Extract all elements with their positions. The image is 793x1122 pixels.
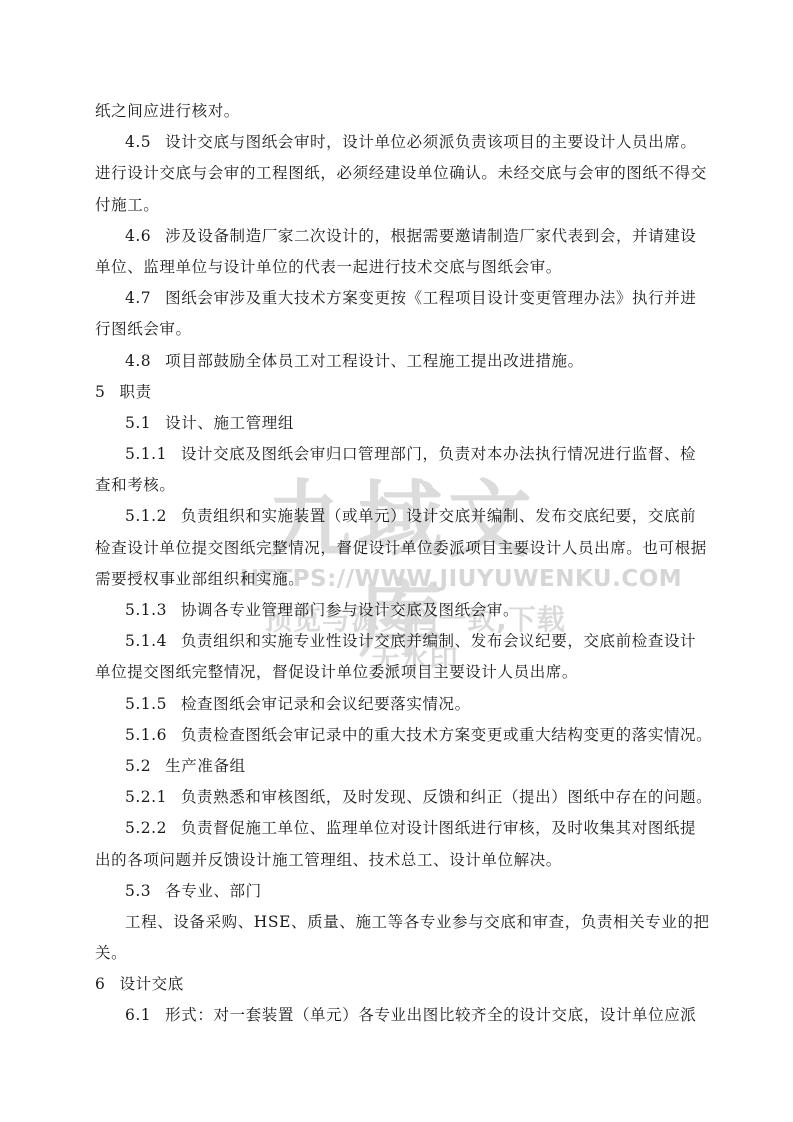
text-line: 进行设计交底与会审的工程图纸，必须经建设单位确认。未经交底与会审的图纸不得交 <box>95 158 701 189</box>
text-line: 查和考核。 <box>95 470 701 501</box>
clause-5-2-2: 5.2.2负责督促施工单位、监理单位对设计图纸进行审核，及时收集其对图纸提 <box>95 813 701 844</box>
clause-5-1-1: 5.1.1设计交底及图纸会审归口管理部门，负责对本办法执行情况进行监督、检 <box>95 439 701 470</box>
text-line: 行图纸会审。 <box>95 314 701 345</box>
clause-5-1-5: 5.1.5检查图纸会审记录和会议纪要落实情况。 <box>95 689 701 720</box>
clause-5-3: 5.3各专业、部门 <box>95 876 701 907</box>
clause-5-1-3: 5.1.3协调各专业管理部门参与设计交底及图纸会审。 <box>95 595 701 626</box>
text-line: 单位、监理单位与设计单位的代表一起进行技术交底与图纸会审。 <box>95 252 701 283</box>
text-line: 纸之间应进行核对。 <box>95 96 701 127</box>
clause-4-6: 4.6涉及设备制造厂家二次设计的，根据需要邀请制造厂家代表到会，并请建设 <box>95 221 701 252</box>
clause-5-2: 5.2生产准备组 <box>95 751 701 782</box>
clause-5-1-4: 5.1.4负责组织和实施专业性设计交底并编制、发布会议纪要，交底前检查设计 <box>95 626 701 657</box>
text-line: 需要授权事业部组织和实施。 <box>95 564 701 595</box>
clause-6-1: 6.1形式：对一套装置（单元）各专业出图比较齐全的设计交底，设计单位应派 <box>95 1000 701 1031</box>
text-line: 出的各项问题并反馈设计施工管理组、技术总工、设计单位解决。 <box>95 845 701 876</box>
clause-4-7: 4.7图纸会审涉及重大技术方案变更按《工程项目设计变更管理办法》执行并进 <box>95 283 701 314</box>
clause-5-1-6: 5.1.6负责检查图纸会审记录中的重大技术方案变更或重大结构变更的落实情况。 <box>95 720 701 751</box>
text-line: 检查设计单位提交图纸完整情况，督促设计单位委派项目主要设计人员出席。也可根据 <box>95 533 701 564</box>
section-heading-5: 5职责 <box>95 377 701 408</box>
text-line: 付施工。 <box>95 190 701 221</box>
text-line: 单位提交图纸完整情况，督促设计单位委派项目主要设计人员出席。 <box>95 657 701 688</box>
paragraph: 工程、设备采购、HSE、质量、施工等各专业参与交底和审查，负责相关专业的把 <box>95 907 701 938</box>
clause-5-2-1: 5.2.1负责熟悉和审核图纸，及时发现、反馈和纠正（提出）图纸中存在的问题。 <box>95 782 701 813</box>
clause-5-1-2: 5.1.2负责组织和实施装置（或单元）设计交底并编制、发布交底纪要，交底前 <box>95 501 701 532</box>
text-line: 关。 <box>95 938 701 969</box>
clause-4-8: 4.8项目部鼓励全体员工对工程设计、工程施工提出改进措施。 <box>95 346 701 377</box>
clause-5-1: 5.1设计、施工管理组 <box>95 408 701 439</box>
clause-4-5: 4.5设计交底与图纸会审时，设计单位必须派负责该项目的主要设计人员出席。 <box>95 127 701 158</box>
document-body: 纸之间应进行核对。 4.5设计交底与图纸会审时，设计单位必须派负责该项目的主要设… <box>95 96 701 1032</box>
section-heading-6: 6设计交底 <box>95 969 701 1000</box>
document-page: 九域文库 HTTPS://WWW.JIUYUWENKU.COM 预览与源文档一致… <box>0 0 793 1122</box>
